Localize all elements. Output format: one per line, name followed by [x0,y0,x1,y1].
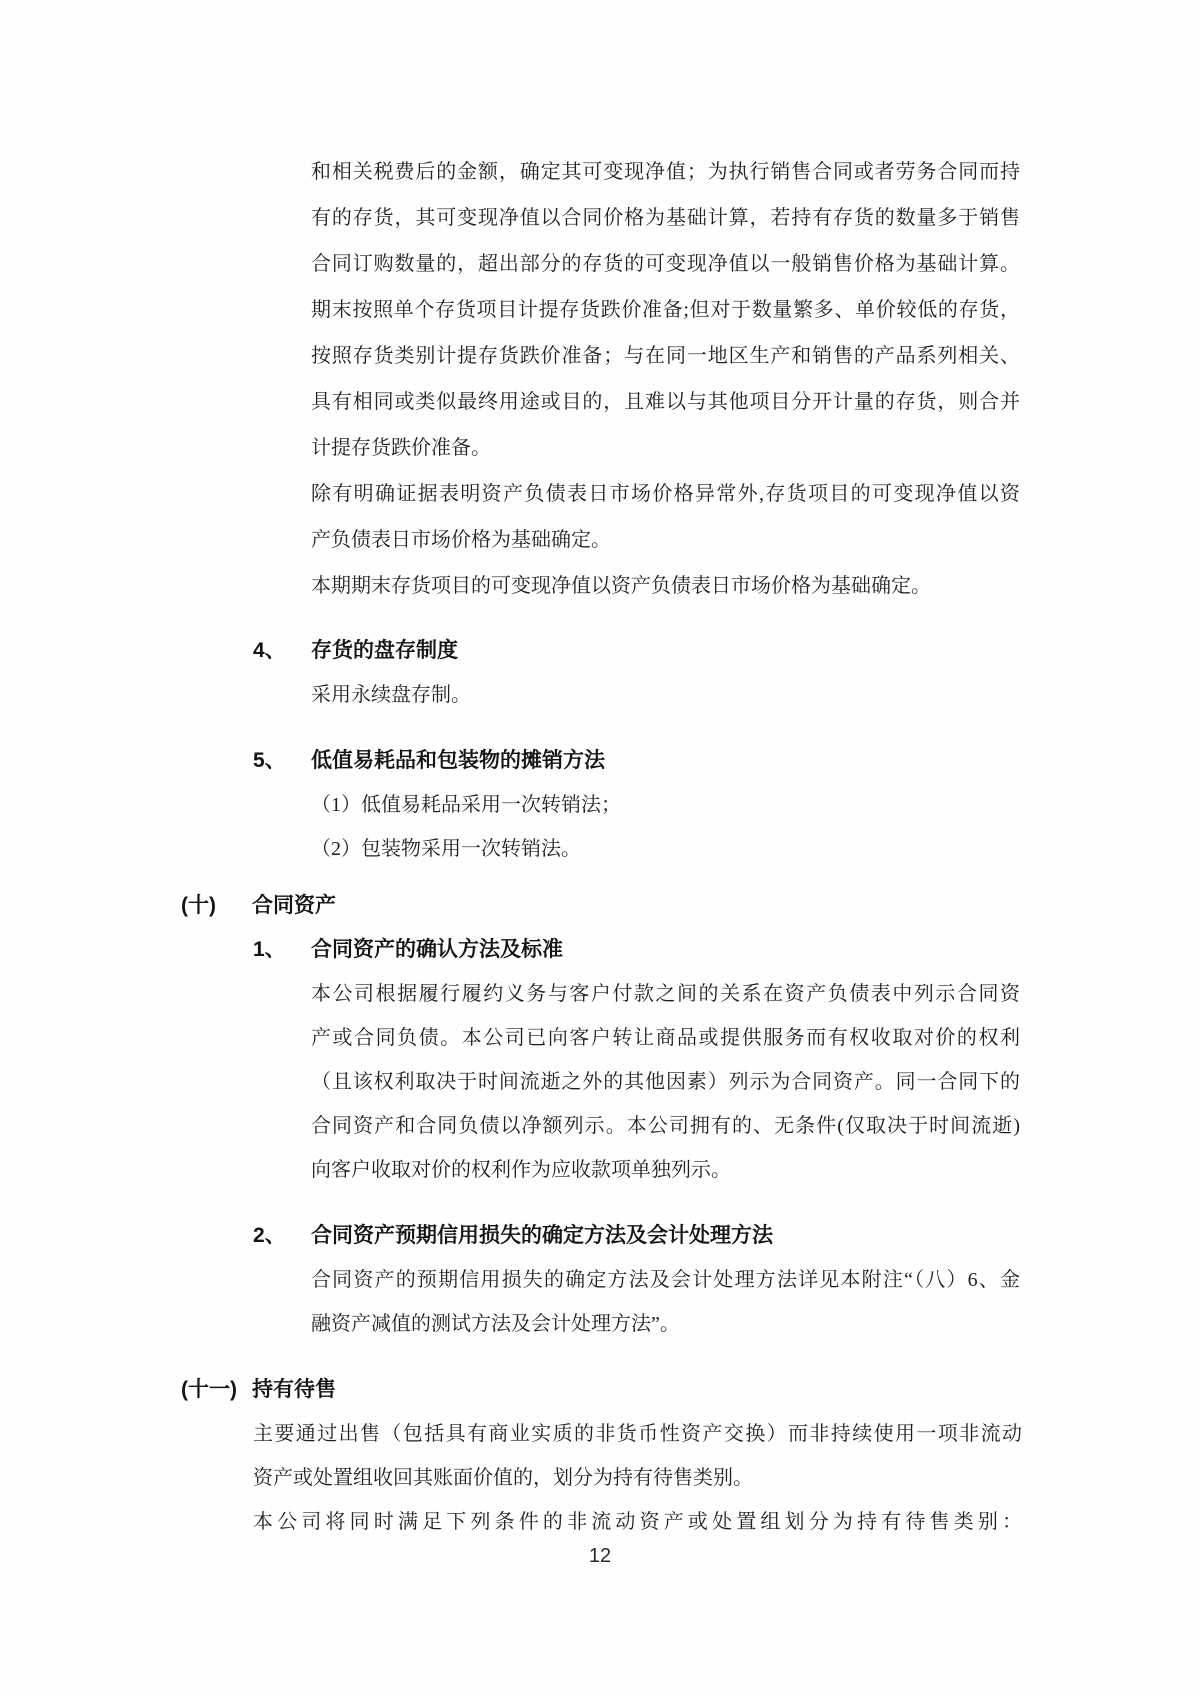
heading-amortization-method: 5、低值易耗品和包装物的摊销方法 [253,739,605,783]
heading-held-for-sale: (十一)持有待售 [181,1368,336,1412]
paragraph-line: 按照存货类别计提存货跌价准备；与在同一地区生产和销售的产品系列相关、 [311,333,1020,379]
paragraph-line: 向客户收取对价的权利作为应收款项单独列示。 [311,1148,1020,1192]
paragraph-line: 融资产减值的测试方法及会计处理方法”。 [311,1302,1020,1346]
held-for-sale-body: 主要通过出售（包括具有商业实质的非货币性资产交换）而非持续使用一项非流动 资产或… [253,1412,1022,1544]
contract-assets-recognition-body: 本公司根据履行履约义务与客户付款之间的关系在资产负债表中列示合同资 产或合同负债… [311,972,1020,1192]
heading-contract-assets-ecl: 2、合同资产预期信用损失的确定方法及会计处理方法 [253,1214,773,1258]
paragraph-line: 主要通过出售（包括具有商业实质的非货币性资产交换）而非持续使用一项非流动 [253,1412,1022,1456]
heading-number: (十一) [181,1368,252,1412]
list-item: （1）低值易耗品采用一次转销法； [311,783,1020,827]
inventory-period-end-paragraph: 本期期末存货项目的可变现净值以资产负债表日市场价格为基础确定。 [311,563,1020,609]
inventory-system-body: 采用永续盘存制。 [311,673,1020,717]
paragraph-line: 除有明确证据表明资产负债表日市场价格异常外,存货项目的可变现净值以资 [311,471,1020,517]
heading-contract-assets: (十)合同资产 [181,884,336,928]
paragraph-line: （且该权利取决于时间流逝之外的其他因素）列示为合同资产。同一合同下的 [311,1060,1020,1104]
heading-inventory-system: 4、存货的盘存制度 [253,629,458,673]
inventory-market-price-paragraph: 除有明确证据表明资产负债表日市场价格异常外,存货项目的可变现净值以资 产负债表日… [311,471,1020,563]
heading-title: 存货的盘存制度 [311,639,458,662]
heading-number: (十) [181,884,252,928]
paragraph-line: 合同订购数量的，超出部分的存货的可变现净值以一般销售价格为基础计算。 [311,241,1020,287]
paragraph-line: 有的存货，其可变现净值以合同价格为基础计算，若持有存货的数量多于销售 [311,195,1020,241]
amortization-method-items: （1）低值易耗品采用一次转销法； （2）包装物采用一次转销法。 [311,783,1020,871]
paragraph-line: 本公司根据履行履约义务与客户付款之间的关系在资产负债表中列示合同资 [311,972,1020,1016]
paragraph-line: 本期期末存货项目的可变现净值以资产负债表日市场价格为基础确定。 [311,563,1020,609]
heading-contract-assets-recognition: 1、合同资产的确认方法及标准 [253,928,563,972]
paragraph-line: 采用永续盘存制。 [311,673,1020,717]
heading-title: 合同资产的确认方法及标准 [311,938,563,961]
heading-title: 合同资产 [252,894,336,917]
heading-number: 1、 [253,928,311,972]
paragraph-line: 产负债表日市场价格为基础确定。 [311,517,1020,563]
paragraph-line: 具有相同或类似最终用途或目的，且难以与其他项目分开计量的存货，则合并 [311,379,1020,425]
paragraph-line: 合同资产和合同负债以净额列示。本公司拥有的、无条件(仅取决于时间流逝) [311,1104,1020,1148]
heading-number: 5、 [253,739,311,783]
document-page: 和相关税费后的金额，确定其可变现净值；为执行销售合同或者劳务合同而持 有的存货，… [0,0,1200,1696]
list-item: （2）包装物采用一次转销法。 [311,827,1020,871]
paragraph-line: 产或合同负债。本公司已向客户转让商品或提供服务而有权收取对价的权利 [311,1016,1020,1060]
page-number: 12 [0,1540,1200,1572]
paragraph-line: 本公司将同时满足下列条件的非流动资产或处置组划分为持有待售类别： [253,1500,1022,1544]
heading-title: 持有待售 [252,1378,336,1401]
paragraph-line: 合同资产的预期信用损失的确定方法及会计处理方法详见本附注“（八）6、金 [311,1258,1020,1302]
paragraph-line: 计提存货跌价准备。 [311,425,1020,471]
paragraph-line: 资产或处置组收回其账面价值的，划分为持有待售类别。 [253,1456,1022,1500]
paragraph-line: 和相关税费后的金额，确定其可变现净值；为执行销售合同或者劳务合同而持 [311,149,1020,195]
paragraph-line: 期末按照单个存货项目计提存货跌价准备;但对于数量繁多、单价较低的存货， [311,287,1020,333]
heading-title: 低值易耗品和包装物的摊销方法 [311,749,605,772]
heading-number: 4、 [253,629,311,673]
contract-assets-ecl-body: 合同资产的预期信用损失的确定方法及会计处理方法详见本附注“（八）6、金 融资产减… [311,1258,1020,1346]
heading-title: 合同资产预期信用损失的确定方法及会计处理方法 [311,1224,773,1247]
heading-number: 2、 [253,1214,311,1258]
inventory-nrv-paragraph: 和相关税费后的金额，确定其可变现净值；为执行销售合同或者劳务合同而持 有的存货，… [311,149,1020,471]
